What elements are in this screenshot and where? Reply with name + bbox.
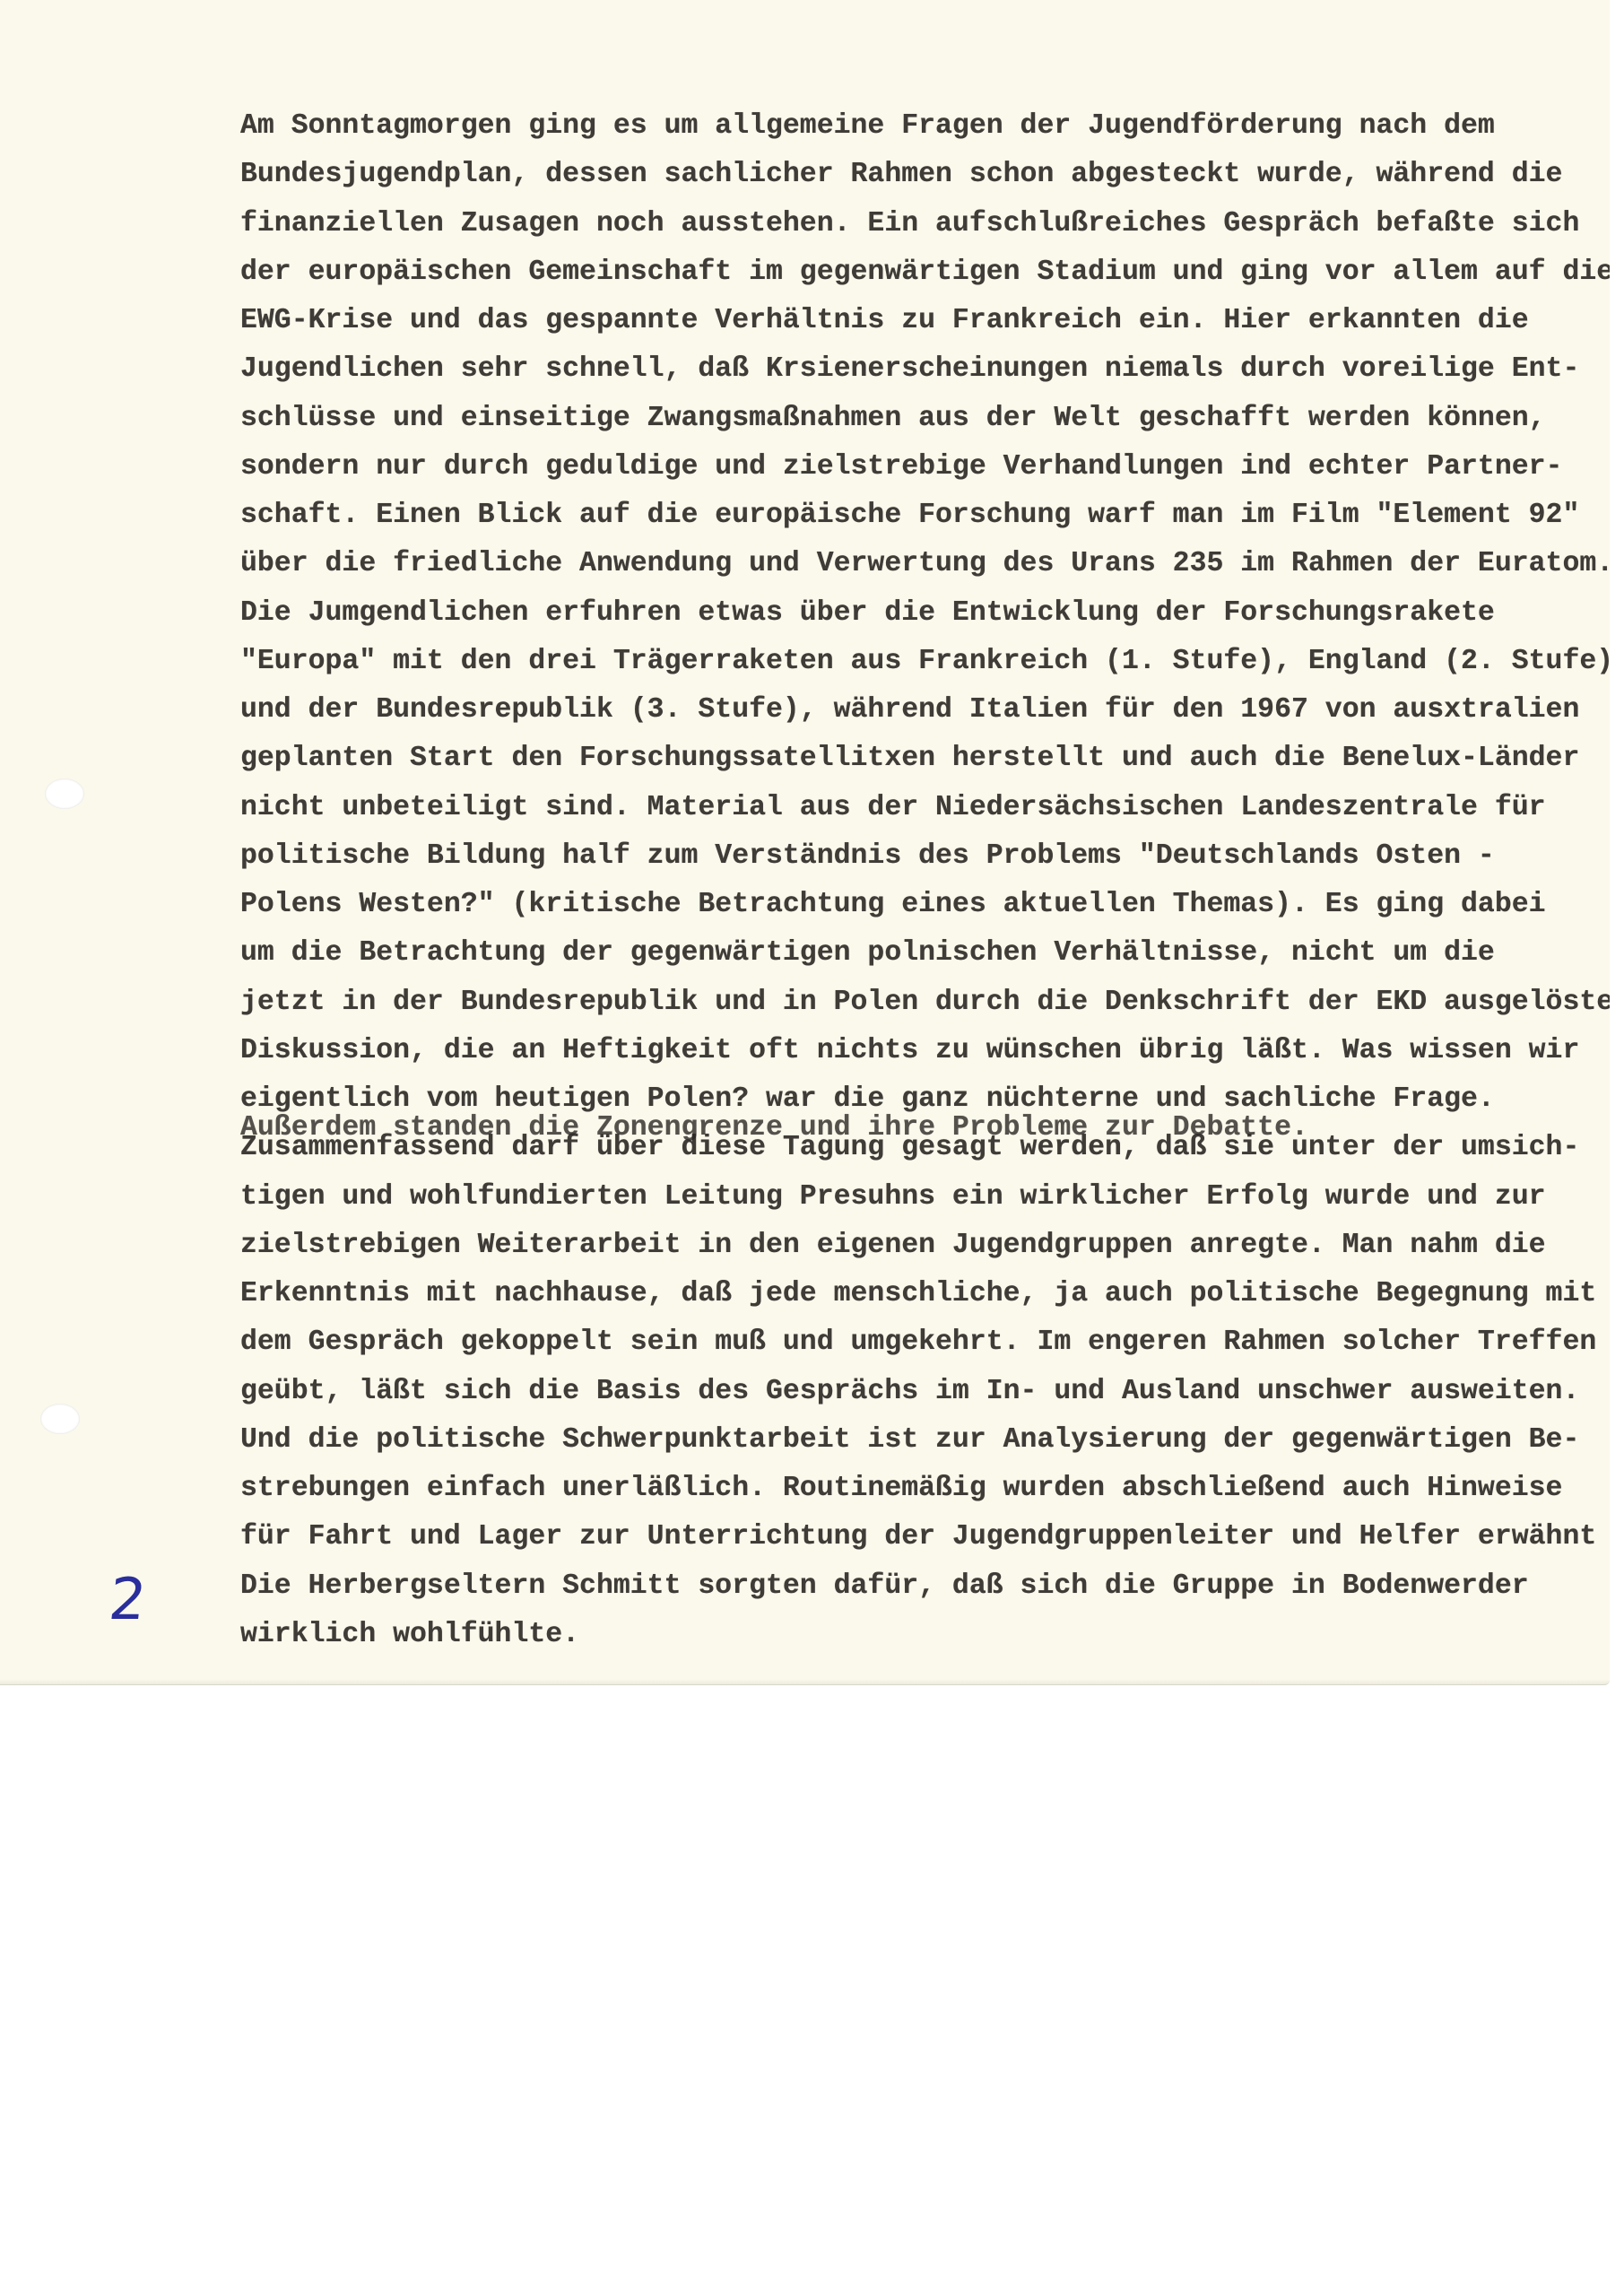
- text-line: zielstrebigen Weiterarbeit in den eigene…: [240, 1231, 1546, 1260]
- text-line: nicht unbeteiligt sind. Material aus der…: [240, 794, 1546, 822]
- text-line: jetzt in der Bundesrepublik und in Polen…: [240, 988, 1610, 1017]
- text-line: Und die politische Schwerpunktarbeit ist…: [240, 1426, 1579, 1455]
- text-line: für Fahrt und Lager zur Unterrichtung de…: [240, 1523, 1596, 1552]
- text-line: Jugendlichen sehr schnell, daß Krsieners…: [240, 355, 1579, 384]
- text-line: Die Herbergseltern Schmitt sorgten dafür…: [240, 1572, 1529, 1601]
- text-line: Diskussion, die an Heftigkeit oft nichts…: [240, 1037, 1579, 1065]
- text-line: tigen und wohlfundierten Leitung Presuhn…: [240, 1183, 1546, 1212]
- text-line: geplanten Start den Forschungssatellitxe…: [240, 744, 1579, 773]
- handwritten-page-number: 2: [107, 1571, 149, 1629]
- punch-hole: [40, 1404, 80, 1434]
- text-line: schaft. Einen Blick auf die europäische …: [240, 501, 1579, 530]
- text-line: "Europa" mit den drei Trägerraketen aus …: [240, 648, 1610, 676]
- text-line: politische Bildung half zum Verständnis …: [240, 842, 1495, 871]
- punch-hole: [45, 778, 84, 809]
- text-line: geübt, läßt sich die Basis des Gesprächs…: [240, 1378, 1579, 1406]
- text-line: Bundesjugendplan, dessen sachlicher Rahm…: [240, 161, 1562, 189]
- text-line: eigentlich vom heutigen Polen? war die g…: [240, 1085, 1495, 1114]
- text-line: sondern nur durch geduldige und zielstre…: [240, 453, 1562, 482]
- text-line: der europäischen Gemeinschaft im gegenwä…: [240, 258, 1610, 287]
- text-line: Polens Westen?" (kritische Betrachtung e…: [240, 891, 1546, 919]
- text-line: um die Betrachtung der gegenwärtigen pol…: [240, 939, 1495, 968]
- text-line: dem Gespräch gekoppelt sein muß und umge…: [240, 1328, 1596, 1357]
- text-line: Am Sonntagmorgen ging es um allgemeine F…: [240, 112, 1495, 141]
- text-line: Erkenntnis mit nachhause, daß jede mensc…: [240, 1280, 1596, 1309]
- text-line: und der Bundesrepublik (3. Stufe), währe…: [240, 696, 1579, 725]
- typewritten-page: Am Sonntagmorgen ging es um allgemeine F…: [0, 0, 1610, 1685]
- text-line: wirklich wohlfühlte.: [240, 1621, 579, 1649]
- text-line: schlüsse und einseitige Zwangsmaßnahmen …: [240, 404, 1546, 433]
- text-line: über die friedliche Anwendung und Verwer…: [240, 550, 1610, 578]
- text-line: strebungen einfach unerläßlich. Routinem…: [240, 1474, 1562, 1503]
- text-line: EWG-Krise und das gespannte Verhältnis z…: [240, 307, 1529, 335]
- text-line: Die Jumgendlichen erfuhren etwas über di…: [240, 599, 1495, 628]
- text-line: finanziellen Zusagen noch ausstehen. Ein…: [240, 210, 1579, 239]
- overprinted-line: Außerdem standen die Zonengrenze und ihr…: [240, 1114, 1308, 1143]
